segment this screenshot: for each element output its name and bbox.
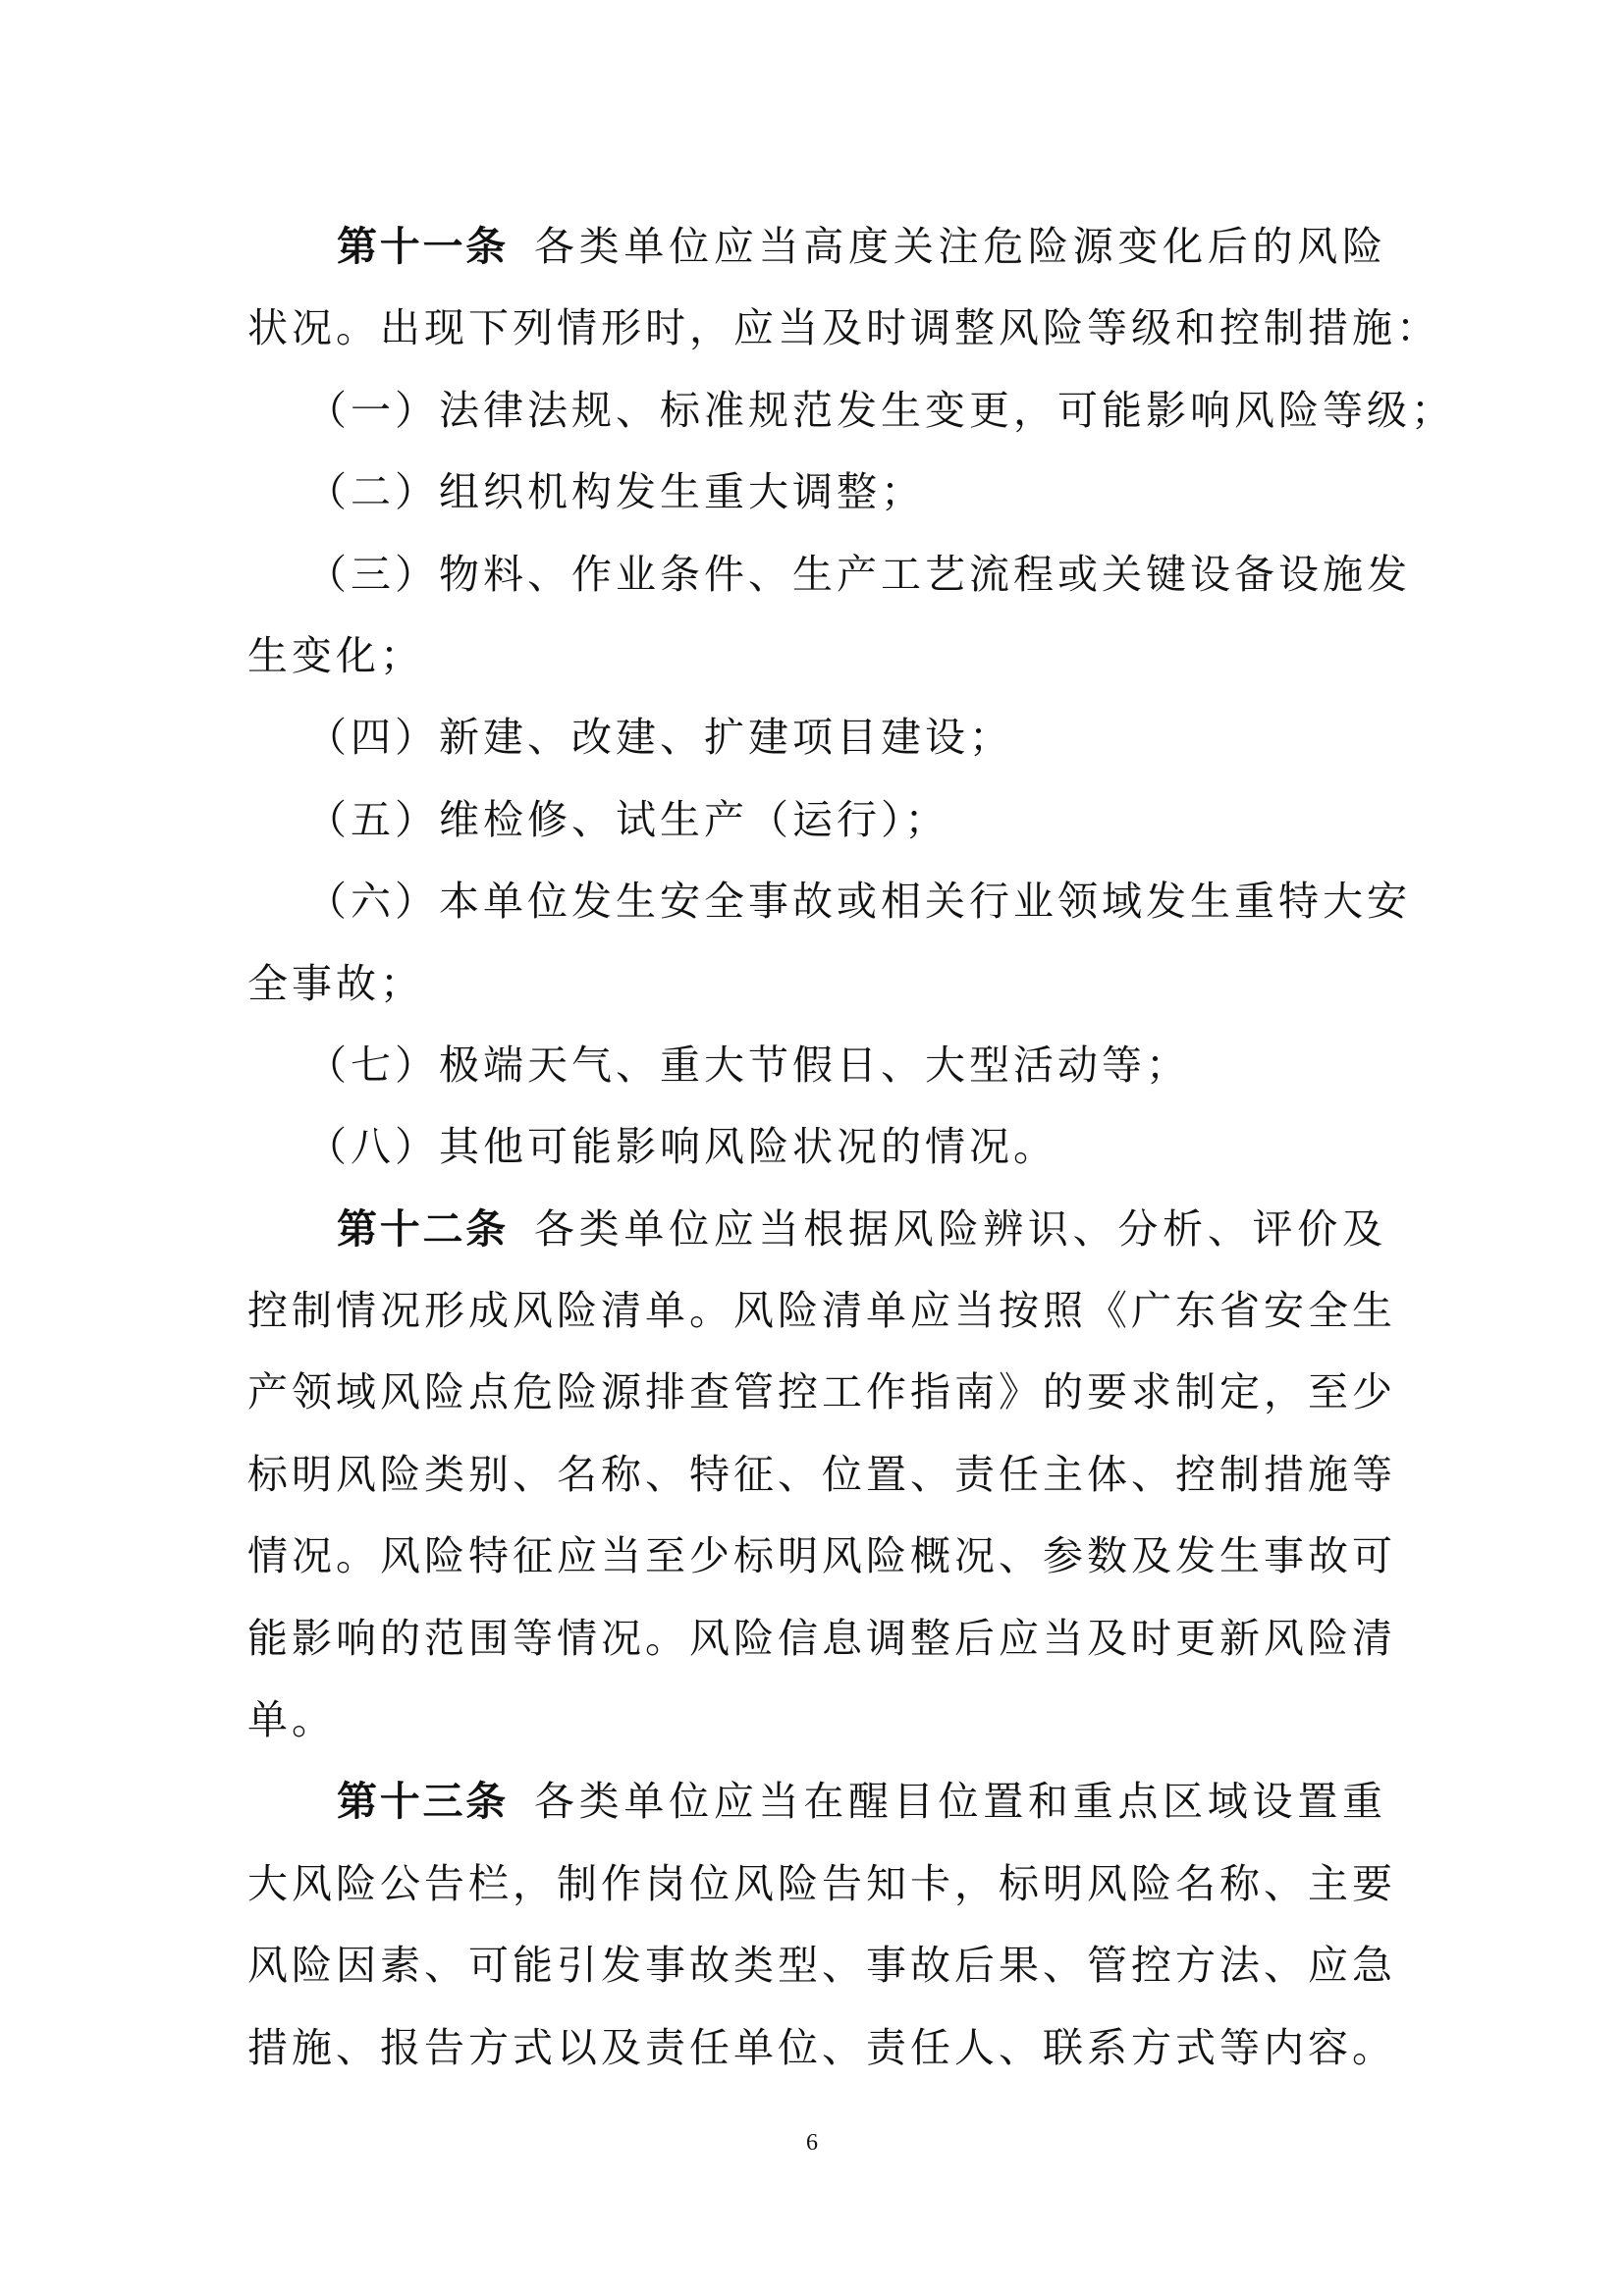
list-item-6-continued: 全事故； <box>247 943 1386 1025</box>
page-number: 6 <box>0 2130 1624 2157</box>
article-12-line-1: 第十二条各类单位应当根据风险辨识、分析、评价及 <box>247 1189 1386 1270</box>
list-item-1: （一）法律法规、标准规范发生变更，可能影响风险等级； <box>247 370 1386 452</box>
article-heading: 第十三条 <box>337 1778 509 1825</box>
article-11-line-1: 第十一条各类单位应当高度关注危险源变化后的风险 <box>247 206 1386 288</box>
list-item-5: （五）维检修、试生产（运行）； <box>247 779 1386 861</box>
list-item-2: （二）组织机构发生重大调整； <box>247 452 1386 533</box>
article-13-line-3: 风险因素、可能引发事故类型、事故后果、管控方法、应急 <box>247 1925 1386 2006</box>
article-12-line-3: 产领域风险点危险源排查管控工作指南》的要求制定，至少 <box>247 1352 1386 1433</box>
article-12-line-5: 情况。风险特征应当至少标明风险概况、参数及发生事故可 <box>247 1516 1386 1597</box>
paragraph-text: 各类单位应当在醒目位置和重点区域设置重 <box>534 1778 1386 1825</box>
paragraph-text: 各类单位应当根据风险辨识、分析、评价及 <box>534 1205 1386 1253</box>
article-12-line-2: 控制情况形成风险清单。风险清单应当按照《广东省安全生 <box>247 1270 1386 1352</box>
article-13-line-2: 大风险公告栏，制作岗位风险告知卡，标明风险名称、主要 <box>247 1843 1386 1925</box>
list-item-3: （三）物料、作业条件、生产工艺流程或关键设备设施发 <box>247 534 1386 615</box>
article-12-line-7: 单。 <box>247 1680 1386 1761</box>
article-13-line-1: 第十三条各类单位应当在醒目位置和重点区域设置重 <box>247 1761 1386 1842</box>
list-item-7: （七）极端天气、重大节假日、大型活动等； <box>247 1025 1386 1106</box>
article-heading: 第十二条 <box>337 1205 509 1253</box>
list-item-6: （六）本单位发生安全事故或相关行业领域发生重特大安 <box>247 861 1386 942</box>
article-12-line-4: 标明风险类别、名称、特征、位置、责任主体、控制措施等 <box>247 1434 1386 1516</box>
document-page: 第十一条各类单位应当高度关注危险源变化后的风险 状况。出现下列情形时，应当及时调… <box>0 0 1624 2296</box>
list-item-4: （四）新建、改建、扩建项目建设； <box>247 697 1386 778</box>
article-13-line-4: 措施、报告方式以及责任单位、责任人、联系方式等内容。 <box>247 2007 1386 2089</box>
paragraph-text: 各类单位应当高度关注危险源变化后的风险 <box>534 223 1386 270</box>
list-item-3-continued: 生变化； <box>247 615 1386 697</box>
body-text: 第十一条各类单位应当高度关注危险源变化后的风险 状况。出现下列情形时，应当及时调… <box>247 206 1386 2089</box>
article-11-line-2: 状况。出现下列情形时，应当及时调整风险等级和控制措施： <box>247 288 1386 369</box>
article-heading: 第十一条 <box>337 223 509 270</box>
article-12-line-6: 能影响的范围等情况。风险信息调整后应当及时更新风险清 <box>247 1598 1386 1680</box>
list-item-8: （八）其他可能影响风险状况的情况。 <box>247 1106 1386 1188</box>
